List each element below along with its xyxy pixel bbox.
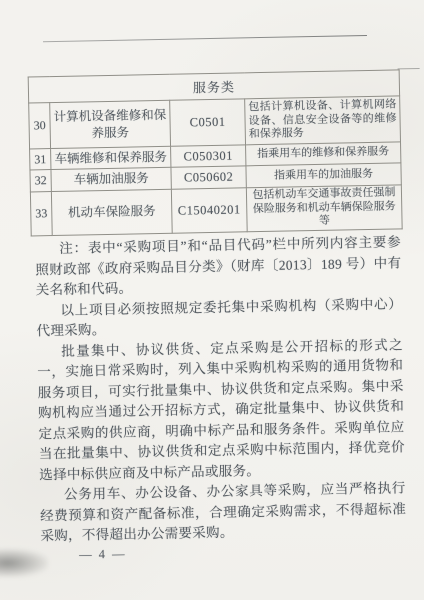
- row-number: 30: [29, 103, 51, 149]
- item-name: 计算机设备维修和保养服务: [50, 100, 171, 148]
- item-code: C15040201: [171, 188, 247, 233]
- row-number: 31: [30, 149, 51, 170]
- item-description: 指乘用车的维修和保养服务: [246, 142, 401, 166]
- item-description: 包括机动车交通事故责任强制保险服务和机动车辆保险服务等: [246, 185, 402, 231]
- services-table: 服务类 30 计算机设备维修和保养服务 C0501 包括计算机设备、计算机网络设…: [28, 69, 403, 236]
- item-name: 机动车保险服务: [51, 189, 172, 235]
- scan-rotation-wrapper: 服务类 30 计算机设备维修和保养服务 C0501 包括计算机设备、计算机网络设…: [0, 0, 424, 600]
- note-paragraph: 注：表中“采购项目”和“品目代码”栏中所列内容主要参照财政部《政府采购品目分类》…: [35, 232, 402, 301]
- row-number: 32: [30, 170, 51, 192]
- table-row: 33 机动车保险服务 C15040201 包括机动车交通事故责任强制保险服务和机…: [30, 185, 402, 236]
- scanned-document-page: 服务类 30 计算机设备维修和保养服务 C0501 包括计算机设备、计算机网络设…: [0, 0, 424, 600]
- table-row: 30 计算机设备维修和保养服务 C0501 包括计算机设备、计算机网络设备、信息…: [29, 96, 401, 149]
- page-number: — 4 —: [53, 546, 153, 563]
- scan-smudge: [0, 549, 48, 577]
- body-text: 注：表中“采购项目”和“品目代码”栏中所列内容主要参照财政部《政府采购品目分类》…: [35, 232, 407, 546]
- procurement-paragraph: 批量集中、协议供货、定点采购是公开招标的形式之一，实施日常采购时，列入集中采购机…: [37, 335, 406, 485]
- standards-paragraph: 公务用车、办公设备、办公家具等采购，应当严格执行经费预算和资产配备标准，合理确定…: [40, 478, 407, 547]
- item-description: 指乘用车的加油服务: [246, 163, 401, 188]
- scan-artifact-line: [398, 68, 420, 69]
- item-name: 车辆维修和保养服务: [51, 146, 171, 169]
- item-code: C050602: [171, 166, 246, 189]
- item-code: C0501: [170, 99, 246, 146]
- item-code: C050301: [171, 145, 246, 167]
- row-number: 33: [30, 192, 52, 236]
- item-name: 车辆加油服务: [51, 167, 171, 191]
- item-description: 包括计算机设备、计算机网络设备、信息安全设备等的维修和保养服务: [245, 96, 401, 145]
- scan-edge-line: [43, 35, 367, 42]
- mandate-paragraph: 以上项目必须按照规定委托集中采购机构（采购中心）代理采购。: [36, 294, 403, 342]
